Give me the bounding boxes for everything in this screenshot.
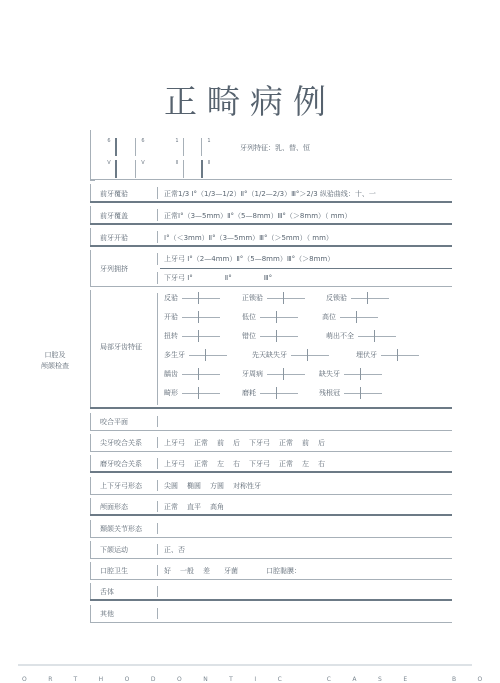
quadrant-cross-icon <box>189 349 227 361</box>
tooth-lower-2: V <box>136 160 150 166</box>
feature-item[interactable]: 埋伏牙 <box>356 349 419 361</box>
value-option: 直平 <box>187 502 201 512</box>
row-local-features: 局部牙齿特征 反𬌗 正锁𬌗 反锁𬌗 开𬌗 低位 高位 扭转 错位 萌出不全 多生… <box>90 290 450 409</box>
section-label-line1: 口腔及 <box>30 350 80 361</box>
value-option: 下牙弓 <box>249 459 270 469</box>
feature-item[interactable]: 错位 <box>242 330 298 342</box>
row-bracket <box>90 605 95 623</box>
row-underline <box>90 245 452 247</box>
section-label: 口腔及 颅颌检查 <box>30 350 80 372</box>
row-molar-relation: 磨牙咬合关系 上牙弓 正常 左 右 下牙弓 正常 左 右 <box>90 455 450 473</box>
value-option: 上牙弓 <box>164 438 185 448</box>
page-title: 正畸病例 <box>0 76 500 123</box>
row-overbite: 前牙覆𬌗 正常1/3 Ⅰ°（1/3—1/2）Ⅱ°（1/2—2/3）Ⅲ°＞2/3 … <box>90 184 450 203</box>
quadrant-cross-icon <box>340 311 378 323</box>
value-option: 一般 <box>180 566 194 576</box>
row-underline <box>90 537 452 538</box>
feature-label: 埋伏牙 <box>356 350 377 360</box>
feature-label: 残根冠 <box>319 388 340 398</box>
quadrant-cross-icon <box>260 387 298 399</box>
tooth-label: 6 <box>141 138 144 144</box>
row-facial-form: 颅面形态 正常 直平 高角 <box>90 498 450 516</box>
feature-label: 反锁𬌗 <box>326 293 347 303</box>
footer-divider <box>18 664 472 666</box>
row-label: 局部牙齿特征 <box>100 342 155 352</box>
quadrant-cross-icon <box>260 311 298 323</box>
feature-label: 低位 <box>242 312 256 322</box>
row-bracket <box>90 413 95 431</box>
feature-item[interactable]: 先天缺失牙 <box>252 349 329 361</box>
crowding-lower-ii: Ⅱ° <box>225 274 232 282</box>
row-divider <box>157 416 158 427</box>
value-option: 正常 <box>194 459 208 469</box>
row-divider <box>157 565 158 576</box>
row-underline <box>90 430 452 431</box>
feature-label: 开𬌗 <box>164 312 178 322</box>
row-crowding: 牙列拥挤 上牙弓 Ⅰ°（2—4mm）Ⅱ°（5—8mm）Ⅲ°（＞8mm） 下牙弓 … <box>90 250 450 287</box>
tooth-upper-1: 6 <box>102 138 116 144</box>
quadrant-cross-icon <box>182 292 220 304</box>
tooth-divider <box>183 138 184 156</box>
crowding-lower[interactable]: 下牙弓 Ⅰ° Ⅱ° Ⅲ° <box>164 269 450 287</box>
quadrant-cross-icon <box>182 387 220 399</box>
quadrant-cross-icon <box>344 368 382 380</box>
quadrant-cross-icon <box>358 330 396 342</box>
crowding-upper-value: 上牙弓 Ⅰ°（2—4mm）Ⅱ°（5—8mm）Ⅲ°（＞8mm） <box>164 254 334 264</box>
tooth-lower-3: II <box>170 160 184 166</box>
row-divider <box>157 209 158 221</box>
value-option: 后 <box>233 438 240 448</box>
row-other: 其他 <box>90 605 450 623</box>
tooth-label: II <box>208 160 211 166</box>
tooth-label: II <box>176 160 179 166</box>
teeth-chart: 6 6 1 1 V V II II 牙列特 <box>90 130 450 180</box>
row-underline <box>90 494 452 495</box>
quadrant-cross-icon <box>260 330 298 342</box>
tooth-label: 1 <box>207 138 210 144</box>
tooth-upper-3: 1 <box>170 138 184 144</box>
feature-label: 萌出不全 <box>326 331 354 341</box>
row-divider <box>157 231 158 243</box>
row-bracket <box>90 562 95 580</box>
value-option: 高角 <box>210 502 224 512</box>
crowding-lower-i: 下牙弓 Ⅰ° <box>164 273 193 283</box>
row-label: 其他 <box>100 605 155 623</box>
row-divider <box>157 586 158 597</box>
row-underline <box>90 407 452 409</box>
value-option: 后 <box>318 438 325 448</box>
value-option: 左 <box>302 459 309 469</box>
row-underline <box>90 579 452 580</box>
feature-item[interactable]: 残根冠 <box>319 387 382 399</box>
row-divider <box>157 544 158 555</box>
value-option: 正常 <box>279 438 293 448</box>
tooth-divider <box>201 138 202 156</box>
feature-item[interactable]: 牙周病 <box>242 368 305 380</box>
row-divider <box>157 253 158 265</box>
feature-item[interactable]: 龋齿 <box>164 368 220 380</box>
feature-label: 多生牙 <box>164 350 185 360</box>
value-option: 尖圆 <box>164 481 178 491</box>
tooth-divider <box>201 160 203 178</box>
row-underline <box>90 471 452 473</box>
tooth-label: V <box>107 160 110 166</box>
row-value[interactable]: 上牙弓 正常 前 后 下牙弓 正常 前 后 <box>164 434 450 452</box>
row-bracket <box>90 541 95 559</box>
teeth-bracket <box>90 130 95 181</box>
feature-item[interactable]: 反锁𬌗 <box>326 292 389 304</box>
value-option: 口腔黏膜： <box>266 566 301 576</box>
tooth-upper-2: 6 <box>136 138 150 144</box>
row-underline <box>90 201 452 203</box>
value-option: 前 <box>217 438 224 448</box>
value-option: 正、否 <box>164 545 185 555</box>
feature-item[interactable]: 畸形 <box>164 387 220 399</box>
tooth-label: 1 <box>175 138 178 144</box>
row-bracket <box>90 520 95 538</box>
row-tmj: 颞颌关节形态 <box>90 520 450 538</box>
row-tongue: 舌体 <box>90 583 450 601</box>
value-option: 右 <box>233 459 240 469</box>
row-bracket <box>90 477 95 495</box>
feature-label: 反𬌗 <box>164 293 178 303</box>
quadrant-cross-icon <box>182 368 220 380</box>
tooth-lower-1: V <box>102 160 116 166</box>
row-label: 牙列拥挤 <box>100 250 155 287</box>
row-mandible-movement: 下颌运动 正、否 <box>90 541 450 559</box>
row-bracket <box>90 250 95 287</box>
feature-label: 磨耗 <box>242 388 256 398</box>
row-divider <box>157 187 158 199</box>
value-option: 方圆 <box>210 481 224 491</box>
section-label-line2: 颅颌检查 <box>30 361 80 372</box>
row-arch-form: 上下牙弓形态 尖圆 椭圆 方圆 对称性牙 <box>90 477 450 495</box>
row-value[interactable]: 尖圆 椭圆 方圆 对称性牙 <box>164 477 450 495</box>
quadrant-cross-icon <box>182 330 220 342</box>
row-bracket <box>90 290 95 409</box>
feature-item[interactable]: 高位 <box>322 311 378 323</box>
quadrant-cross-icon <box>344 387 382 399</box>
feature-item[interactable]: 多生牙 <box>164 349 227 361</box>
row-label: 尖牙咬合关系 <box>100 434 155 452</box>
row-divider <box>157 608 158 619</box>
footer-text: ORTHODONTIC CASE BOOK <box>22 676 482 683</box>
row-divider <box>157 523 158 534</box>
row-underline <box>90 223 452 225</box>
feature-label: 龋齿 <box>164 369 178 379</box>
quadrant-cross-icon <box>182 311 220 323</box>
feature-item[interactable]: 缺失牙 <box>319 368 382 380</box>
row-underline <box>90 451 452 452</box>
feature-item[interactable]: 开𬌗 <box>164 311 220 323</box>
row-bracket <box>90 434 95 452</box>
tooth-divider <box>135 138 136 156</box>
feature-item[interactable]: 正锁𬌗 <box>242 292 305 304</box>
tooth-divider <box>183 160 184 178</box>
row-divider <box>157 480 158 491</box>
value-option: 对称性牙 <box>233 481 261 491</box>
row-value[interactable] <box>164 605 450 623</box>
row-open-bite: 前牙开𬌗 Ⅰ°（＜3mm）Ⅱ°（3—5mm）Ⅲ°（＞5mm）（ mm） <box>90 228 450 247</box>
feature-item[interactable]: 萌出不全 <box>326 330 396 342</box>
row-divider <box>157 293 158 405</box>
tooth-divider <box>115 160 117 178</box>
row-label: 下颌运动 <box>100 541 155 559</box>
feature-label: 先天缺失牙 <box>252 350 287 360</box>
row-underline <box>90 622 452 623</box>
row-value[interactable]: 正、否 <box>164 541 450 559</box>
row-divider <box>157 437 158 448</box>
value-option: 正常 <box>279 459 293 469</box>
row-divider <box>157 272 158 284</box>
feature-item[interactable]: 磨耗 <box>242 387 298 399</box>
row-underline <box>90 286 452 287</box>
quadrant-cross-icon <box>291 349 329 361</box>
row-underline <box>90 514 452 516</box>
teeth-bottom-line <box>90 179 452 180</box>
value-option: 前 <box>302 438 309 448</box>
row-underline <box>90 599 452 601</box>
feature-label: 正锁𬌗 <box>242 293 263 303</box>
value-option: 椭圆 <box>187 481 201 491</box>
feature-label: 高位 <box>322 312 336 322</box>
quadrant-cross-icon <box>351 292 389 304</box>
feature-label: 缺失牙 <box>319 369 340 379</box>
feature-label: 牙周病 <box>242 369 263 379</box>
row-value[interactable] <box>164 520 450 538</box>
dentition-type: 牙列特征：乳、替、恒 <box>240 143 310 153</box>
row-divider <box>157 458 158 469</box>
tooth-lower-4: II <box>202 160 216 166</box>
row-canine-relation: 尖牙咬合关系 上牙弓 正常 前 后 下牙弓 正常 前 后 <box>90 434 450 452</box>
value-option: 下牙弓 <box>249 438 270 448</box>
quadrant-cross-icon <box>381 349 419 361</box>
value-option: 正常 <box>194 438 208 448</box>
feature-item[interactable]: 反𬌗 <box>164 292 220 304</box>
row-value[interactable] <box>164 413 450 431</box>
quadrant-cross-icon <box>267 368 305 380</box>
value-option: 牙菌 <box>224 566 238 576</box>
quadrant-cross-icon <box>267 292 305 304</box>
crowding-upper[interactable]: 上牙弓 Ⅰ°（2—4mm）Ⅱ°（5—8mm）Ⅲ°（＞8mm） <box>164 250 450 268</box>
row-label: 上下牙弓形态 <box>100 477 155 495</box>
row-label: 颞颌关节形态 <box>100 520 155 538</box>
row-value[interactable]: 好 一般 差 牙菌 口腔黏膜： <box>164 562 450 580</box>
tooth-label: 6 <box>107 138 110 144</box>
feature-label: 扭转 <box>164 331 178 341</box>
value-option: 上牙弓 <box>164 459 185 469</box>
feature-item[interactable]: 低位 <box>242 311 298 323</box>
row-divider <box>157 501 158 512</box>
tooth-label: V <box>141 160 144 166</box>
tooth-upper-4: 1 <box>202 138 216 144</box>
row-oral-hygiene: 口腔卫生 好 一般 差 牙菌 口腔黏膜： <box>90 562 450 580</box>
row-label: 口腔卫生 <box>100 562 155 580</box>
row-overjet: 前牙覆盖 正常Ⅰ°（3—5mm）Ⅱ°（5—8mm）Ⅲ°（＞8mm）（ mm） <box>90 206 450 225</box>
feature-label: 错位 <box>242 331 256 341</box>
crowding-lower-iii: Ⅲ° <box>264 274 272 282</box>
tooth-divider <box>115 138 117 156</box>
row-label: 咬合平面 <box>100 413 155 431</box>
value-option: 好 <box>164 566 171 576</box>
value-option: 差 <box>203 566 210 576</box>
value-option: 正常 <box>164 502 178 512</box>
tooth-divider <box>135 160 136 178</box>
feature-item[interactable]: 扭转 <box>164 330 220 342</box>
row-underline <box>90 558 452 559</box>
value-option: 左 <box>217 459 224 469</box>
value-option: 右 <box>318 459 325 469</box>
feature-label: 畸形 <box>164 388 178 398</box>
row-occlusal-plane: 咬合平面 <box>90 413 450 431</box>
